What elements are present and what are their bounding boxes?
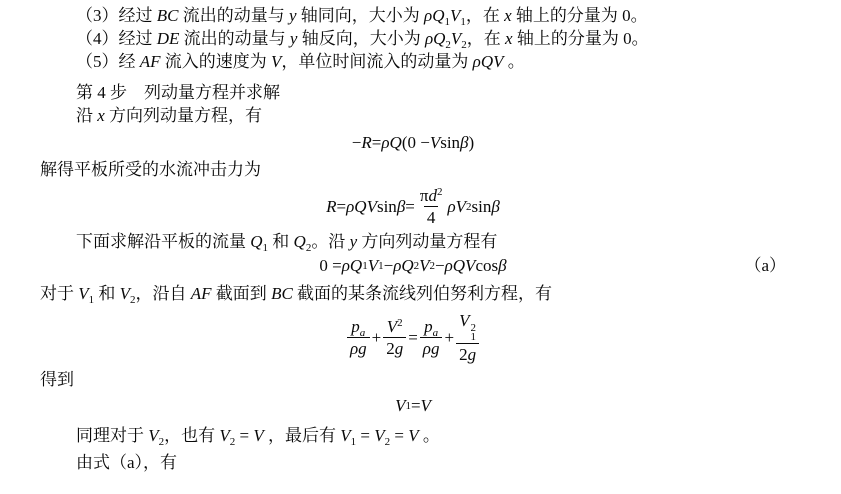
math-variable: AF	[140, 52, 161, 71]
math-variable: V	[78, 284, 88, 303]
step-4-heading: 第 4 步 列动量方程并求解	[40, 81, 786, 104]
math-variable: V	[148, 426, 158, 445]
text-segment: 轴上的分量为 0。	[513, 29, 649, 48]
math-variable: d	[428, 186, 437, 205]
text-segment: cos	[475, 253, 498, 279]
text-segment: 流出的动量与	[178, 6, 289, 25]
text-segment: （5）经	[76, 52, 140, 71]
math-variable: V	[430, 130, 440, 156]
math-variable: V	[368, 253, 378, 279]
math-variable: ρQV	[346, 194, 377, 220]
text-segment: −	[352, 130, 362, 156]
item-3: （3）经过 BC 流出的动量与 y 轴同向，大小为 ρQ1V1，在 x 轴上的分…	[40, 4, 786, 27]
text-segment: 得到	[40, 370, 74, 389]
fraction: paρg	[347, 317, 370, 358]
text-segment: +	[444, 325, 454, 351]
text-segment: sin	[440, 130, 460, 156]
math-variable: p	[351, 317, 360, 336]
math-variable: ρQV	[473, 52, 504, 71]
math-variable: y	[350, 232, 358, 251]
text-segment: =	[390, 426, 408, 445]
momentum-x-intro: 沿 x 方向列动量方程，有	[40, 104, 786, 127]
text-segment: 2	[437, 186, 443, 198]
math-variable: V	[219, 426, 229, 445]
eq-momentum-x: −R = ρQ(0 − V sin β)	[40, 130, 786, 156]
math-variable: x	[505, 29, 513, 48]
text-segment: =	[356, 426, 374, 445]
text-segment: ，单位时间流入的动量为	[281, 52, 472, 71]
math-variable: x	[504, 6, 512, 25]
text-segment: sin	[377, 194, 397, 220]
equation-body: V1 = V	[395, 393, 431, 419]
text-segment: 流出的动量与	[179, 29, 290, 48]
text-segment: =	[408, 325, 418, 351]
text-segment: 轴同向，大小为	[297, 6, 425, 25]
equation-body: 0 = ρQ1V1 − ρQ2V2 − ρQV cos β	[319, 253, 506, 279]
text-segment: （4）经过	[76, 29, 157, 48]
math-variable: y	[289, 6, 297, 25]
textbook-page: （3）经过 BC 流出的动量与 y 轴同向，大小为 ρQ1V1，在 x 轴上的分…	[0, 0, 841, 494]
text-segment: 流入的速度为	[161, 52, 272, 71]
math-variable: ρQV	[445, 253, 476, 279]
text-segment: =	[337, 194, 347, 220]
text-segment: =	[411, 393, 421, 419]
text-segment: 解得平板所受的水流冲击力为	[40, 160, 261, 179]
math-variable: V	[451, 29, 461, 48]
text-segment: +	[372, 325, 382, 351]
math-variable: ρQ	[381, 130, 401, 156]
math-variable: ρQ	[424, 6, 444, 25]
item-4: （4）经过 DE 流出的动量与 y 轴反向，大小为 ρQ2V2，在 x 轴上的分…	[40, 27, 786, 50]
text-segment: =	[235, 426, 253, 445]
text-segment: =	[405, 194, 415, 220]
equation-tag: （a）	[744, 253, 786, 279]
sup-sub-stack: 21	[471, 324, 477, 342]
text-segment: （3）经过	[76, 6, 157, 25]
similarly-line: 同理对于 V2，也有 V2 = V ，最后有 V1 = V2 = V 。	[40, 424, 786, 447]
math-variable: V	[340, 426, 350, 445]
math-variable: β	[491, 194, 499, 220]
text-segment: sin	[472, 194, 492, 220]
text-segment: 。	[419, 426, 440, 445]
text-segment: ，最后有	[264, 426, 341, 445]
text-segment: ，在	[467, 29, 505, 48]
text-segment: ，也有	[164, 426, 219, 445]
text-segment: 方向列动量方程有	[357, 232, 497, 251]
fraction: V22g	[383, 317, 406, 358]
math-variable: ρV	[447, 194, 466, 220]
math-variable: V	[387, 317, 397, 336]
equation-body: −R = ρQ(0 − V sin β)	[352, 130, 474, 156]
math-variable: V	[421, 393, 431, 419]
math-variable: β	[498, 253, 506, 279]
math-variable: ρQ	[342, 253, 362, 279]
eq-v1: V1 = V	[40, 393, 786, 419]
text-segment: 。沿	[311, 232, 349, 251]
math-variable: V	[408, 426, 418, 445]
text-segment: ，沿自	[136, 284, 191, 303]
math-variable: ρQ	[393, 253, 413, 279]
text-segment: 2	[397, 317, 403, 329]
text-segment: 和	[268, 232, 294, 251]
fraction: V212g	[456, 311, 479, 364]
text-segment: 4	[427, 208, 436, 227]
text-segment: 由式（a），有	[76, 453, 177, 472]
math-variable: BC	[271, 284, 293, 303]
document-body: （3）经过 BC 流出的动量与 y 轴同向，大小为 ρQ1V1，在 x 轴上的分…	[40, 4, 786, 474]
math-variable: g	[468, 345, 477, 364]
math-variable: x	[97, 106, 105, 125]
math-variable: Q	[294, 232, 306, 251]
math-variable: V	[395, 393, 405, 419]
result-intro: 得到	[40, 368, 786, 391]
text-segment: ，在	[466, 6, 504, 25]
text-segment: 同理对于	[76, 426, 148, 445]
text-segment: 对于	[40, 284, 78, 303]
eq-bernoulli: paρg + V22g = paρg + V212g	[40, 311, 786, 364]
math-variable: β	[460, 130, 468, 156]
math-variable: V	[419, 253, 429, 279]
text-segment: −	[435, 253, 445, 279]
text-segment: 轴反向，大小为	[297, 29, 425, 48]
text-segment: 方向列动量方程，有	[105, 106, 262, 125]
text-segment: =	[372, 130, 382, 156]
text-segment: 2	[459, 345, 468, 364]
math-variable: V	[374, 426, 384, 445]
flow-rate-intro: 下面求解沿平板的流量 Q1 和 Q2。沿 y 方向列动量方程有	[40, 230, 786, 253]
text-segment: 第 4 步 列动量方程并求解	[76, 83, 280, 102]
math-variable: ρQ	[425, 29, 445, 48]
text-segment: 轴上的分量为 0。	[512, 6, 648, 25]
math-variable: p	[424, 317, 433, 336]
math-variable: g	[395, 339, 404, 358]
math-variable: ρg	[350, 339, 367, 358]
text-segment: −	[384, 253, 394, 279]
from-eq-a-line: 由式（a），有	[40, 451, 786, 474]
eq-impact-force: R = ρQV sin β = πd24 ρV2 sin β	[40, 186, 786, 227]
impact-force-intro: 解得平板所受的水流冲击力为	[40, 158, 786, 181]
equation-body: paρg + V22g = paρg + V212g	[345, 311, 481, 364]
text-segment: 下面求解沿平板的流量	[76, 232, 250, 251]
bernoulli-intro: 对于 V1 和 V2，沿自 AF 截面到 BC 截面的某条流线列伯努利方程，有	[40, 282, 786, 305]
text-segment: 和	[94, 284, 120, 303]
math-variable: BC	[157, 6, 179, 25]
text-segment: 截面到	[212, 284, 272, 303]
item-5: （5）经 AF 流入的速度为 V，单位时间流入的动量为 ρQV 。	[40, 50, 786, 73]
math-variable: β	[397, 194, 405, 220]
equation-body: R = ρQV sin β = πd24 ρV2 sin β	[326, 186, 500, 227]
fraction: πd24	[417, 186, 446, 227]
math-variable: V	[120, 284, 130, 303]
math-variable: ρg	[423, 339, 440, 358]
text-segment: )	[469, 130, 475, 156]
text-segment: 。	[504, 52, 525, 71]
math-variable: R	[326, 194, 336, 220]
eq-momentum-y: 0 = ρQ1V1 − ρQ2V2 − ρQV cos β（a）	[40, 253, 786, 279]
math-variable: V	[253, 426, 263, 445]
math-variable: AF	[191, 284, 212, 303]
math-variable: R	[361, 130, 371, 156]
fraction: paρg	[420, 317, 443, 358]
math-variable: V	[459, 311, 469, 330]
text-segment: 沿	[76, 106, 97, 125]
math-variable: DE	[157, 29, 180, 48]
math-variable: Q	[250, 232, 262, 251]
text-segment: 2	[386, 339, 395, 358]
text-segment: 0 =	[319, 253, 341, 279]
math-variable: V	[271, 52, 281, 71]
math-variable: V	[450, 6, 460, 25]
text-segment: 截面的某条流线列伯努利方程，有	[293, 284, 552, 303]
text-segment: (0 −	[402, 130, 430, 156]
